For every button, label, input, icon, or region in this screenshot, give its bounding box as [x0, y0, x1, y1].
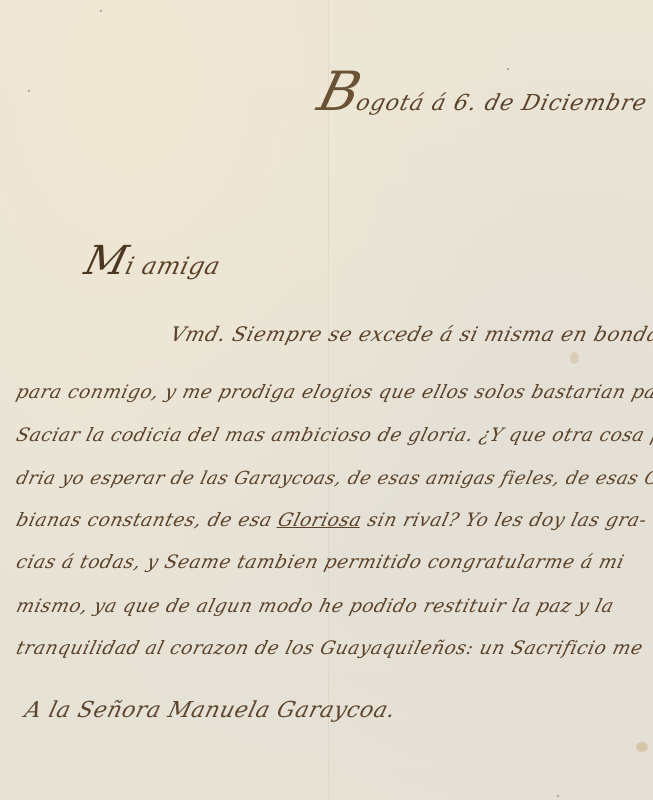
paper-speck [557, 795, 559, 797]
body-line-with-underline: bianas constantes, de esa Gloriosa sin r… [14, 510, 649, 531]
paper-stain [570, 352, 579, 364]
body-line: tranquilidad al corazon de los Guayaquil… [14, 638, 645, 659]
letter-dateline: Bogotá á 6. de Diciembre de 1827 [312, 60, 653, 123]
underlined-word: Gloriosa [276, 510, 364, 531]
salutation-text: i amiga [123, 252, 224, 280]
paper-speck [100, 10, 102, 12]
body-text: bianas constantes, de esa [14, 510, 274, 531]
body-line: Vmd. Siempre se excede á si misma en bon… [168, 322, 653, 346]
letter-page: Bogotá á 6. de Diciembre de 1827 Mi amig… [0, 0, 653, 800]
body-line: mismo, ya que de algun modo he podido re… [14, 596, 616, 617]
paper-stain [636, 742, 648, 752]
body-line: dria yo esperar de las Garaycoas, de esa… [14, 468, 653, 489]
body-text: sin rival? Yo les doy las gra- [365, 510, 649, 531]
letter-salutation: Mi amiga [80, 238, 227, 284]
body-line: cias á todas, y Seame tambien permitido … [14, 552, 627, 573]
letter-addressee: A la Señora Manuela Garaycoa. [22, 698, 398, 723]
body-line: para conmigo, y me prodiga elogios que e… [14, 382, 653, 403]
paper-speck [28, 90, 30, 92]
dateline-text: ogotá á 6. de Diciembre de 1827 [353, 91, 653, 116]
body-line: Saciar la codicia del mas ambicioso de g… [14, 425, 653, 446]
